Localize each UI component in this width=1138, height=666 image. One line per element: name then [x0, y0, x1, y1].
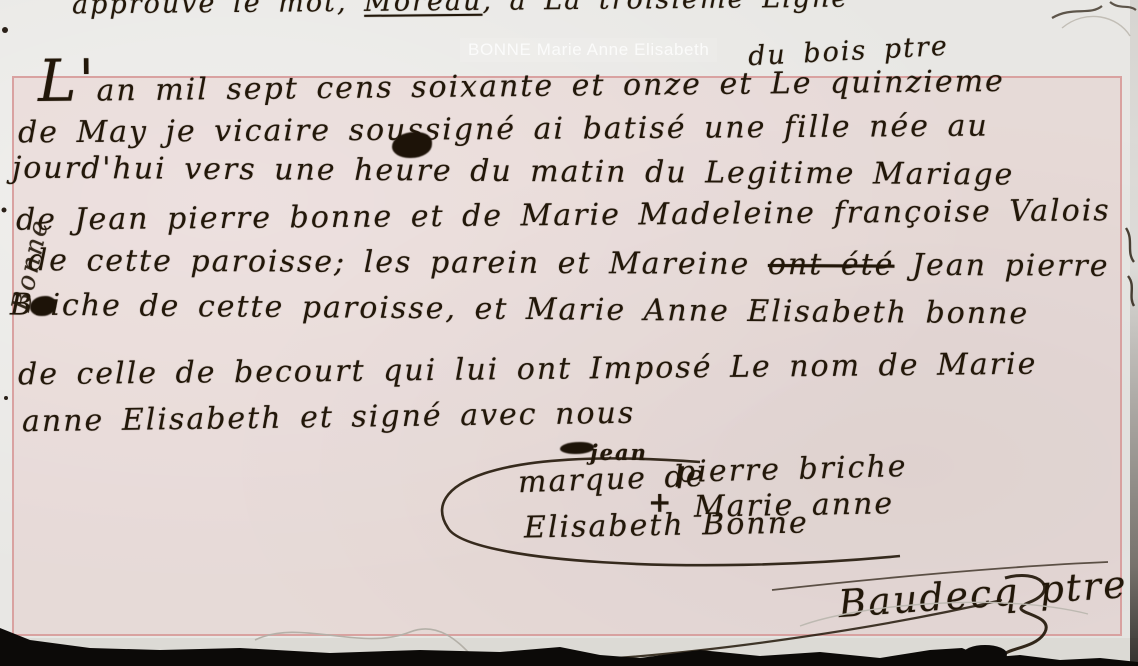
scan-speck	[2, 27, 8, 33]
record-line: jourd'hui vers une heure du matin du Leg…	[12, 151, 1015, 193]
record-line-segment: Jean pierre	[894, 248, 1109, 284]
record-line-struck-words: ont été	[768, 247, 895, 283]
record-line: de cette paroisse; les parein et Mareine…	[28, 243, 1110, 284]
scan-speck	[2, 208, 7, 213]
page-right-edge	[1130, 0, 1138, 666]
record-line-segment: de cette paroisse; les parein et Mareine	[28, 243, 768, 282]
paper-edge-band	[0, 638, 1138, 666]
top-note-underlined-word: Moreau	[364, 0, 483, 18]
top-note-prefix: approuvé le mot,	[72, 0, 364, 20]
watermark-text: BONNE Marie Anne Elisabeth	[460, 38, 717, 62]
pencil-squiggle	[1062, 16, 1130, 36]
mark-block-witness-1: pierre briche	[676, 449, 908, 490]
top-margin-note: approuvé le mot, Moreau, a La troisieme …	[72, 0, 850, 20]
top-note-suffix: , a La troisieme Ligne	[482, 0, 849, 17]
record-line: de May je vicaire soussigné ai batisé un…	[18, 109, 989, 151]
mark-block-marked-name: Elisabeth Bonne	[524, 506, 809, 546]
document-scan: approuvé le mot, Moreau, a La troisieme …	[0, 0, 1138, 666]
top-right-cutoff-strokes	[1052, 2, 1136, 18]
scan-speck	[4, 396, 8, 400]
